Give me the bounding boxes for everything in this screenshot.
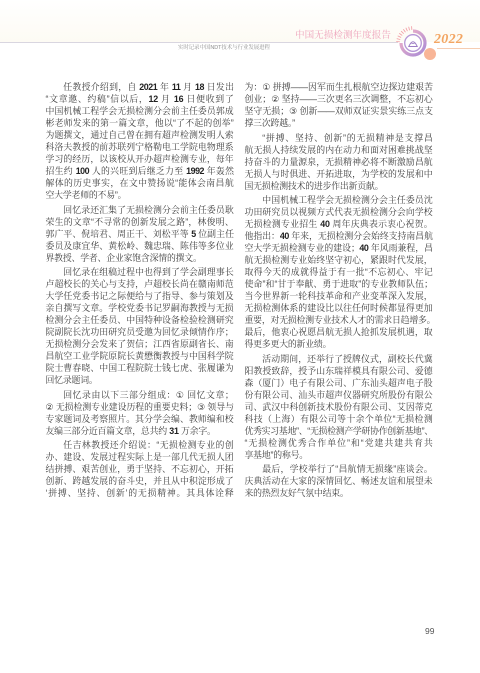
- text-line: 无损检测分会发来了贺信；江西省原副省长、南: [46, 338, 234, 350]
- text-line: 阳教授致辞，授予山东瑞祥模具有限公司、爱德: [245, 365, 433, 377]
- right-column: 为：① 拼搏——因军而生扎根航空边探边建艰苦 创业；② 坚持——三次更名三次调整…: [245, 81, 433, 499]
- text-line: 当今世界新一轮科技革命和产业变革深入发展，: [245, 290, 433, 302]
- text-line: 专家题词及考察照片。其分学会编、教师编和校: [46, 413, 234, 425]
- text-line: 昌航空工业学院原院长黄懋衡教授与中国科学院: [46, 350, 234, 362]
- text-line: 他指出：40 年来，无损检测分会始终支持南昌航: [245, 230, 433, 242]
- text-line: 友编三部分近百篇文章，总共约 31 万余字。: [46, 425, 234, 437]
- text-line: 重要，对无损检测专业技术人才的需求日趋增多。: [245, 314, 433, 326]
- text-line: “文章邀、约稿”信以后，12 月 16 日便收到了: [46, 93, 234, 105]
- text-line: 科洛夫教授的前苏联列宁格勒电工学院电物理系: [46, 141, 234, 153]
- text-line: 荣生的文章“不寻常的创新发展之路”，林俊明、: [46, 216, 234, 228]
- text-line: 办、建设、发展过程实际上是一部几代无损人团: [46, 451, 234, 463]
- text-line: 航无损人持续发展的内在动力和面对困难挑战坚: [245, 144, 433, 156]
- text-line: 任吉林教授还介绍说：“无损检测专业的创: [46, 439, 234, 451]
- text-line: 使命”和“甘于奉献、勇于进取”的专业教师队伍；: [245, 278, 433, 290]
- paragraph: 任吉林教授还介绍说：“无损检测专业的创 办、建设、发展过程实际上是一部几代无损人…: [46, 439, 234, 499]
- text-line: 无损人与时俱进、开拓进取，为学校的发展和中: [245, 168, 433, 180]
- text-line: 中国机械工程学会无损检测分会前主任委员郭成: [46, 105, 234, 117]
- text-line: 卢超校长的关心与支持，卢超校长尚在赣南师范: [46, 278, 234, 290]
- text-line: 份有限公司、汕头市超声仪器研究所股份有限公: [245, 389, 433, 401]
- text-line: 撑三次跨越。”: [245, 117, 433, 129]
- text-line: 国无损检测技术的进步作出新贡献。: [245, 180, 433, 192]
- paragraph: 中国机械工程学会无损检测分会主任委员沈 功田研究员以视频方式代表无损检测分会向学…: [245, 194, 433, 350]
- text-line: 最后，学校举行了“昌航情无损缘”座谈会。: [245, 463, 433, 475]
- text-line: ② 无损检测专业建设历程的重要史料；③ 领导与: [46, 401, 234, 413]
- text-line: 回忆录题词。: [46, 374, 234, 386]
- text-line: 招生约 100 人的兴旺到后继乏力至 1992 年轰然: [46, 165, 234, 177]
- text-line: ‘拼搏、坚持、创新’的无损精神。其具体诠释: [46, 487, 234, 499]
- text-line: 取得今天的成就得益于有一批“不忘初心、牢记: [245, 266, 433, 278]
- text-line: 航无损检测专业始终坚守初心，紧跟时代发展，: [245, 254, 433, 266]
- text-line: 中国机械工程学会无损检测分会主任委员沈: [245, 194, 433, 206]
- text-line: 空大学老师的不易”。: [46, 189, 234, 201]
- paragraph: 为：① 拼搏——因军而生扎根航空边探边建艰苦 创业；② 坚持——三次更名三次调整…: [245, 81, 433, 129]
- text-line: 大学任党委书记之际便给与了指导、参与策划及: [46, 290, 234, 302]
- paragraph: 回忆录由以下三部分组成：① 回忆文章； ② 无损检测专业建设历程的重要史料；③ …: [46, 389, 234, 437]
- text-line: 活动期间，还举行了授牌仪式，副校长代冀: [245, 353, 433, 365]
- page-number: 99: [425, 626, 434, 636]
- text-line: 无损检测体系的建设比以往任何时候都显得更加: [245, 302, 433, 314]
- text-line: 创新、跨越发展的奋斗史，并且从中积淀形成了: [46, 475, 234, 487]
- paragraph: 活动期间，还举行了授牌仪式，副校长代冀 阳教授致辞，授予山东瑞祥模具有限公司、爱…: [245, 353, 433, 461]
- text-line: 结拼搏、艰苦创业，勇于坚持、不忘初心，开拓: [46, 463, 234, 475]
- text-line: 创业；② 坚持——三次更名三次调整，不忘初心: [245, 93, 433, 105]
- text-line: 无损检测专业招生 40 周年庆典表示衷心祝贺。: [245, 218, 433, 230]
- text-line: 回忆录还汇集了无损检测分会前主任委员耿: [46, 204, 234, 216]
- text-line: 坚守无损；③ 创新——双师双证实景实练三点支: [245, 105, 433, 117]
- text-line: 最后，他衷心祝愿昌航无损人抢抓发展机遇，取: [245, 326, 433, 338]
- report-year: 2022: [434, 32, 463, 48]
- header-rule-right: [437, 48, 480, 49]
- text-line: 森（厦门）电子有限公司、广东汕头超声电子股: [245, 377, 433, 389]
- report-title: 中国无损检测年度报告: [295, 30, 391, 41]
- text-line: 界教授、学者、企业家饱含深情的撰文。: [46, 252, 234, 264]
- text-line: 空大学无损检测专业的建设；40 年风雨兼程，昌: [245, 242, 433, 254]
- text-line: 检测分会主任委员、中国特种设备检验检测研究: [46, 314, 234, 326]
- text-line: 功田研究员以视频方式代表无损检测分会向学校: [245, 206, 433, 218]
- text-line: 任教授介绍到，自 2021 年 11 月 18 日发出: [46, 81, 234, 93]
- text-line: 学习的经历，以该校从开办超声检测专业，每年: [46, 153, 234, 165]
- paragraph: 最后，学校举行了“昌航情无损缘”座谈会。 庆典活动在大家的深情回忆、畅述友谊和展…: [245, 463, 433, 499]
- text-line: 为：① 拼搏——因军而生扎根航空边探边建艰苦: [245, 81, 433, 93]
- text-line: 彬老师发来的第一篇文章，他以“了不起的创举”: [46, 117, 234, 129]
- text-line: 院副院长沈功田研究员受邀为回忆录倾情作序；: [46, 326, 234, 338]
- text-line: 来的热烈友好气氛中结束。: [245, 487, 433, 499]
- text-line: 回忆录在组稿过程中也得到了学会副理事长: [46, 266, 234, 278]
- paragraph: 任教授介绍到，自 2021 年 11 月 18 日发出 “文章邀、约稿”信以后，…: [46, 81, 234, 201]
- text-line: 亲自撰写文章。学校党委书记罗嗣海教授与无损: [46, 302, 234, 314]
- text-line: 庆典活动在大家的深情回忆、畅述友谊和展望未: [245, 475, 433, 487]
- text-line: 享基地”的称号。: [245, 449, 433, 461]
- text-line: 回忆录由以下三部分组成：① 回忆文章；: [46, 389, 234, 401]
- text-line: 解体的历史事实，在文中赞扬说“能体会南昌航: [46, 177, 234, 189]
- paragraph: “拼搏、坚持、创新”的无损精神是支撑昌 航无损人持续发展的内在动力和面对困难挑战…: [245, 132, 433, 192]
- paragraph: 回忆录在组稿过程中也得到了学会副理事长 卢超校长的关心与支持，卢超校长尚在赣南师…: [46, 266, 234, 386]
- text-line: “无损检测优秀合作单位”和“党建共建共育共: [245, 437, 433, 449]
- paragraph: 回忆录还汇集了无损检测分会前主任委员耿 荣生的文章“不寻常的创新发展之路”，林俊…: [46, 204, 234, 264]
- text-line: 司、武汉中科创新技术股份有限公司、艾因蒂克: [245, 401, 433, 413]
- text-line: 得更多更大的新业绩。: [245, 338, 433, 350]
- text-line: “拼搏、坚持、创新”的无损精神是支撑昌: [245, 132, 433, 144]
- report-tagline: 实时记录中国NDT技术与行业发展进程: [178, 45, 270, 51]
- text-line: 郭广平、倪培君、周正干、刘松平等 5 位副主任: [46, 228, 234, 240]
- text-line: 优秀实习基地”、“无损检测产学研协作创新基地”、: [245, 425, 433, 437]
- text-line: 院士曹春晓、中国工程院院士钱七虎、张履谦为: [46, 362, 234, 374]
- left-column: 任教授介绍到，自 2021 年 11 月 18 日发出 “文章邀、约稿”信以后，…: [46, 81, 234, 499]
- text-line: 委员及康宜华、黄松岭、魏忠瑞、陈伟等多位业: [46, 240, 234, 252]
- text-line: 持奋斗的力量源泉，无损精神必将不断激励昌航: [245, 156, 433, 168]
- text-line: 为题撰文，通过自己曾在拥有超声检测发明人索: [46, 129, 234, 141]
- text-line: 科技（上海）有限公司等十余个单位“无损检测: [245, 413, 433, 425]
- header-rule: [0, 42, 398, 43]
